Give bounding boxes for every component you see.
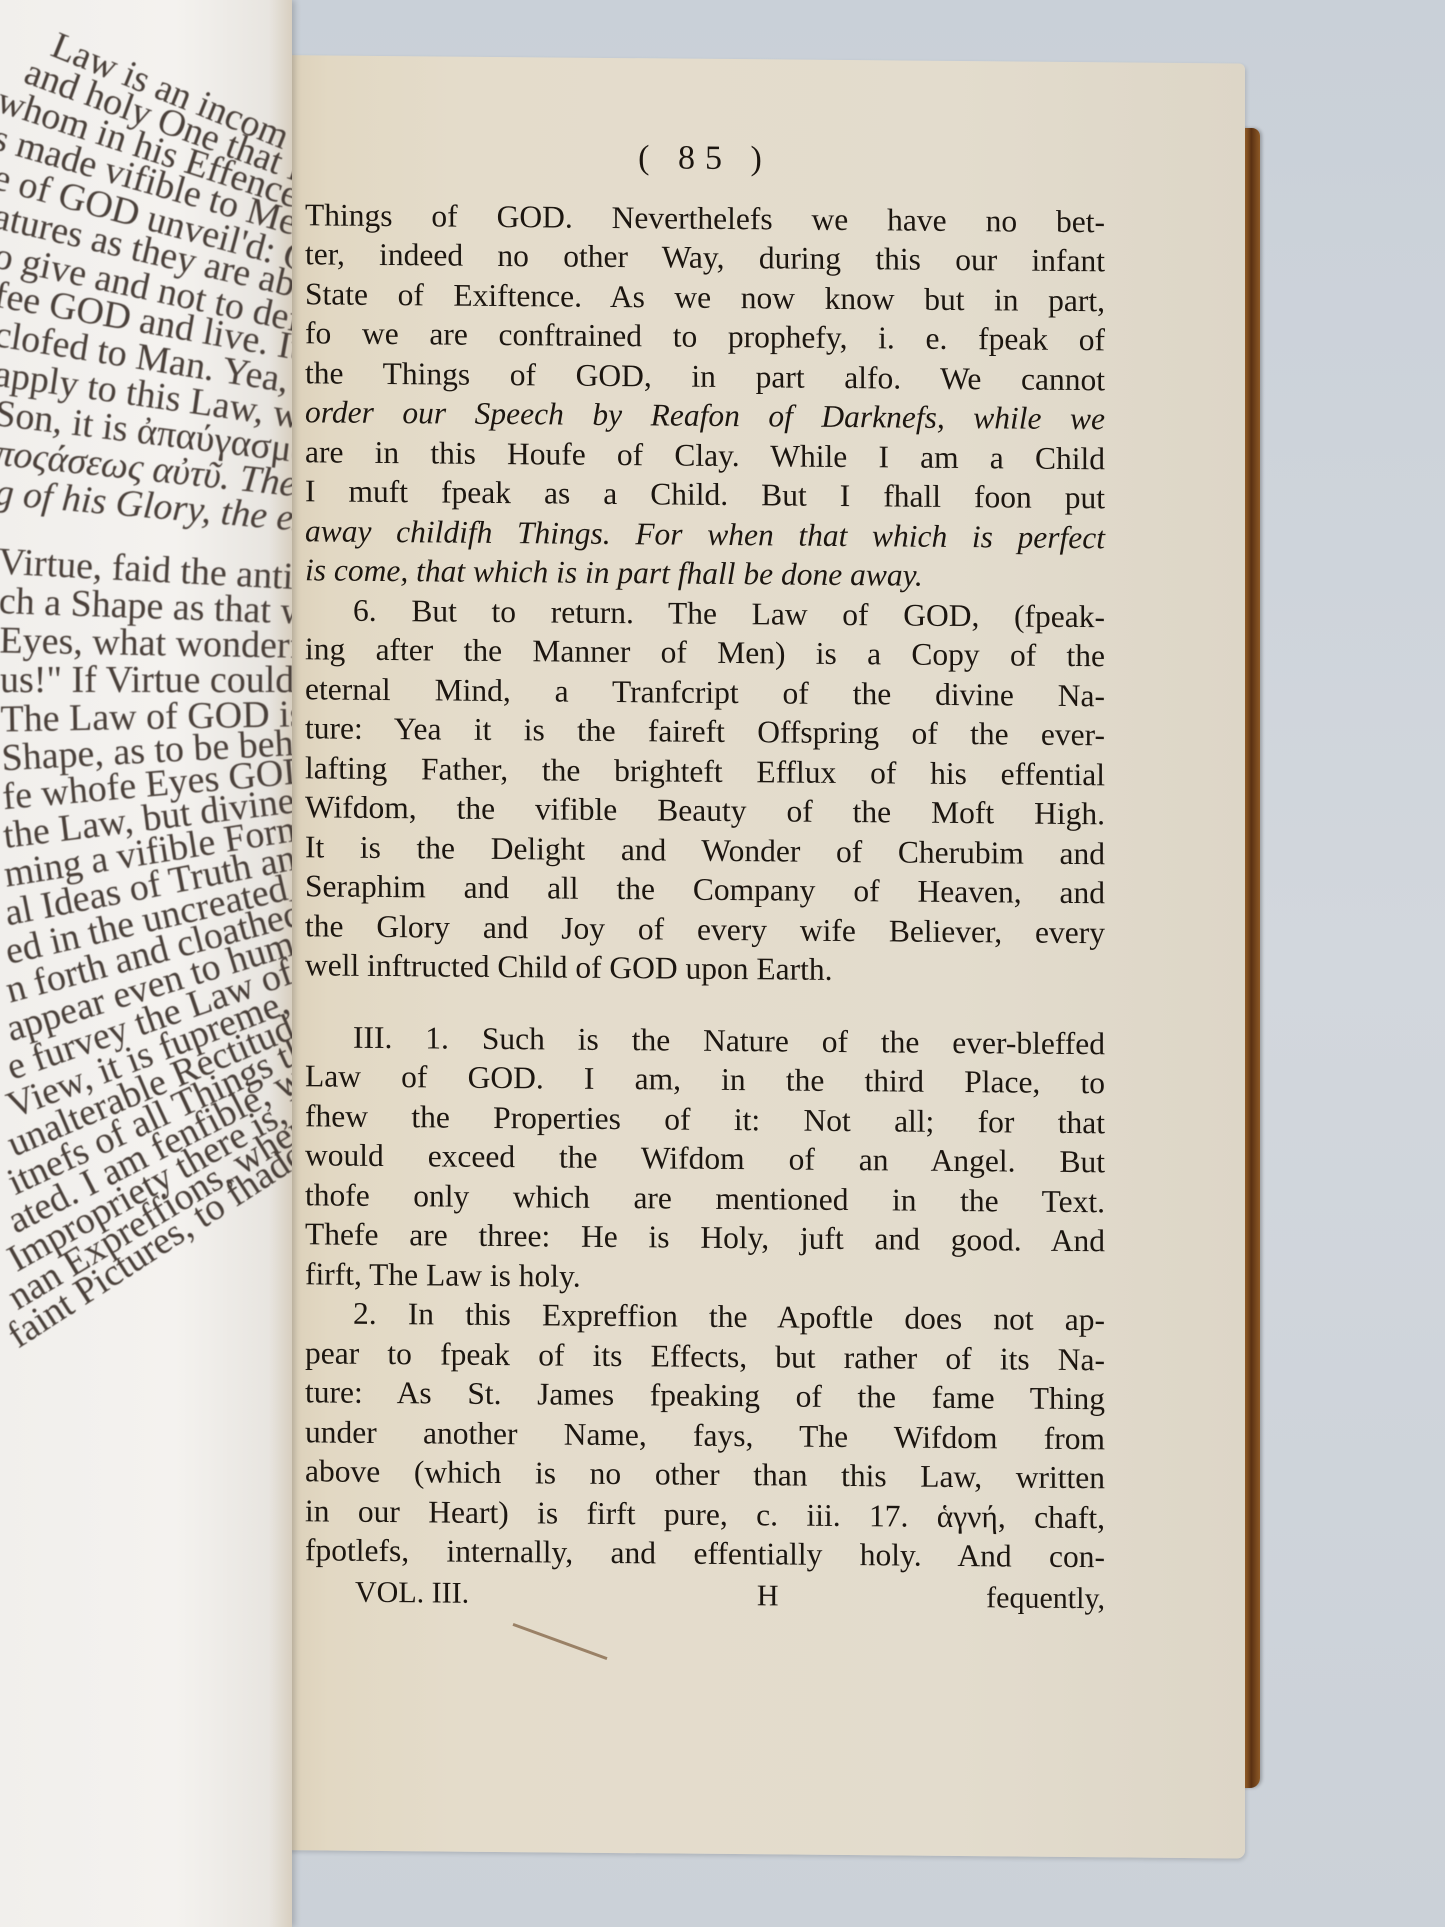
text-line: III. 1. Such is the Nature of the ever-b… xyxy=(305,1017,1105,1063)
text-line: I muft fpeak as a Child. But I fhall foo… xyxy=(305,471,1105,517)
text-line: well inftructed Child of GOD upon Earth. xyxy=(305,945,1105,991)
text-line: thofe only which are mentioned in the Te… xyxy=(305,1175,1105,1221)
text-line: lafting Father, the brighteft Efflux of … xyxy=(305,748,1105,794)
text-line: ing after the Manner of Men) is a Copy o… xyxy=(305,629,1105,675)
text-line: is come, that which is in part fhall be … xyxy=(305,550,1105,596)
text-line: would exceed the Wifdom of an Angel. But xyxy=(305,1135,1105,1181)
text-line: ter, indeed no other Way, during this ou… xyxy=(305,234,1105,280)
text-line: Wifdom, the vifible Beauty of the Moft H… xyxy=(305,787,1105,833)
text-line: Things of GOD. Neverthelefs we have no b… xyxy=(305,195,1105,241)
text-line: Thefe are three: He is Holy, juft and go… xyxy=(305,1214,1105,1260)
catchword: fequently, xyxy=(986,1578,1105,1619)
text-line: fhew the Properties of it: Not all; for … xyxy=(305,1096,1105,1142)
text-line: 6. But to return. The Law of GOD, (fpeak… xyxy=(305,590,1105,636)
text-line: pear to fpeak of its Effects, but rather… xyxy=(305,1333,1105,1379)
page-number: ( 85 ) xyxy=(305,135,1105,181)
text-line: away childifh Things. For when that whic… xyxy=(305,511,1105,557)
text-line: above (which is no other than this Law, … xyxy=(305,1451,1105,1497)
text-line: ture: As St. James fpeaking of the fame … xyxy=(305,1372,1105,1418)
text-line: fpotlefs, internally, and effentially ho… xyxy=(305,1530,1105,1576)
text-line: the Glory and Joy of every wife Believer… xyxy=(305,906,1105,952)
left-page-curved: Law is an incom and holy One that inhab … xyxy=(0,0,292,1927)
text-line: are in this Houfe of Clay. While I am a … xyxy=(305,432,1105,478)
page-footer: VOL. III. H fequently, xyxy=(305,1572,1105,1618)
signature-mark: H xyxy=(757,1576,779,1616)
text-line: Seraphim and all the Company of Heaven, … xyxy=(305,866,1105,912)
right-page: ( 85 ) Things of GOD. Neverthelefs we ha… xyxy=(270,55,1245,1859)
text-line: ture: Yea it is the faireft Offspring of… xyxy=(305,708,1105,754)
volume-label: VOL. III. xyxy=(355,1572,469,1612)
text-line: Law of GOD. I am, in the third Place, to xyxy=(305,1056,1105,1102)
text-line: order our Speech by Reafon of Darknefs, … xyxy=(305,392,1105,438)
text-line: State of Exiftence. As we now know but i… xyxy=(305,274,1105,320)
text-line: It is the Delight and Wonder of Cherubim… xyxy=(305,827,1105,873)
page-text-block: ( 85 ) Things of GOD. Neverthelefs we ha… xyxy=(305,135,1105,1618)
text-line: 2. In this Expreffion the Apoftle does n… xyxy=(305,1293,1105,1339)
text-line: firft, The Law is holy. xyxy=(305,1254,1105,1300)
text-line: the Things of GOD, in part alfo. We cann… xyxy=(305,353,1105,399)
text-line: in our Heart) is firft pure, c. iii. 17.… xyxy=(305,1491,1105,1537)
text-line: under another Name, fays, The Wifdom fro… xyxy=(305,1412,1105,1458)
text-line: eternal Mind, a Tranfcript of the divine… xyxy=(305,669,1105,715)
left-page-text: Law is an incom and holy One that inhab … xyxy=(0,0,292,1350)
text-line: fo we are conftrained to prophefy, i. e.… xyxy=(305,313,1105,359)
